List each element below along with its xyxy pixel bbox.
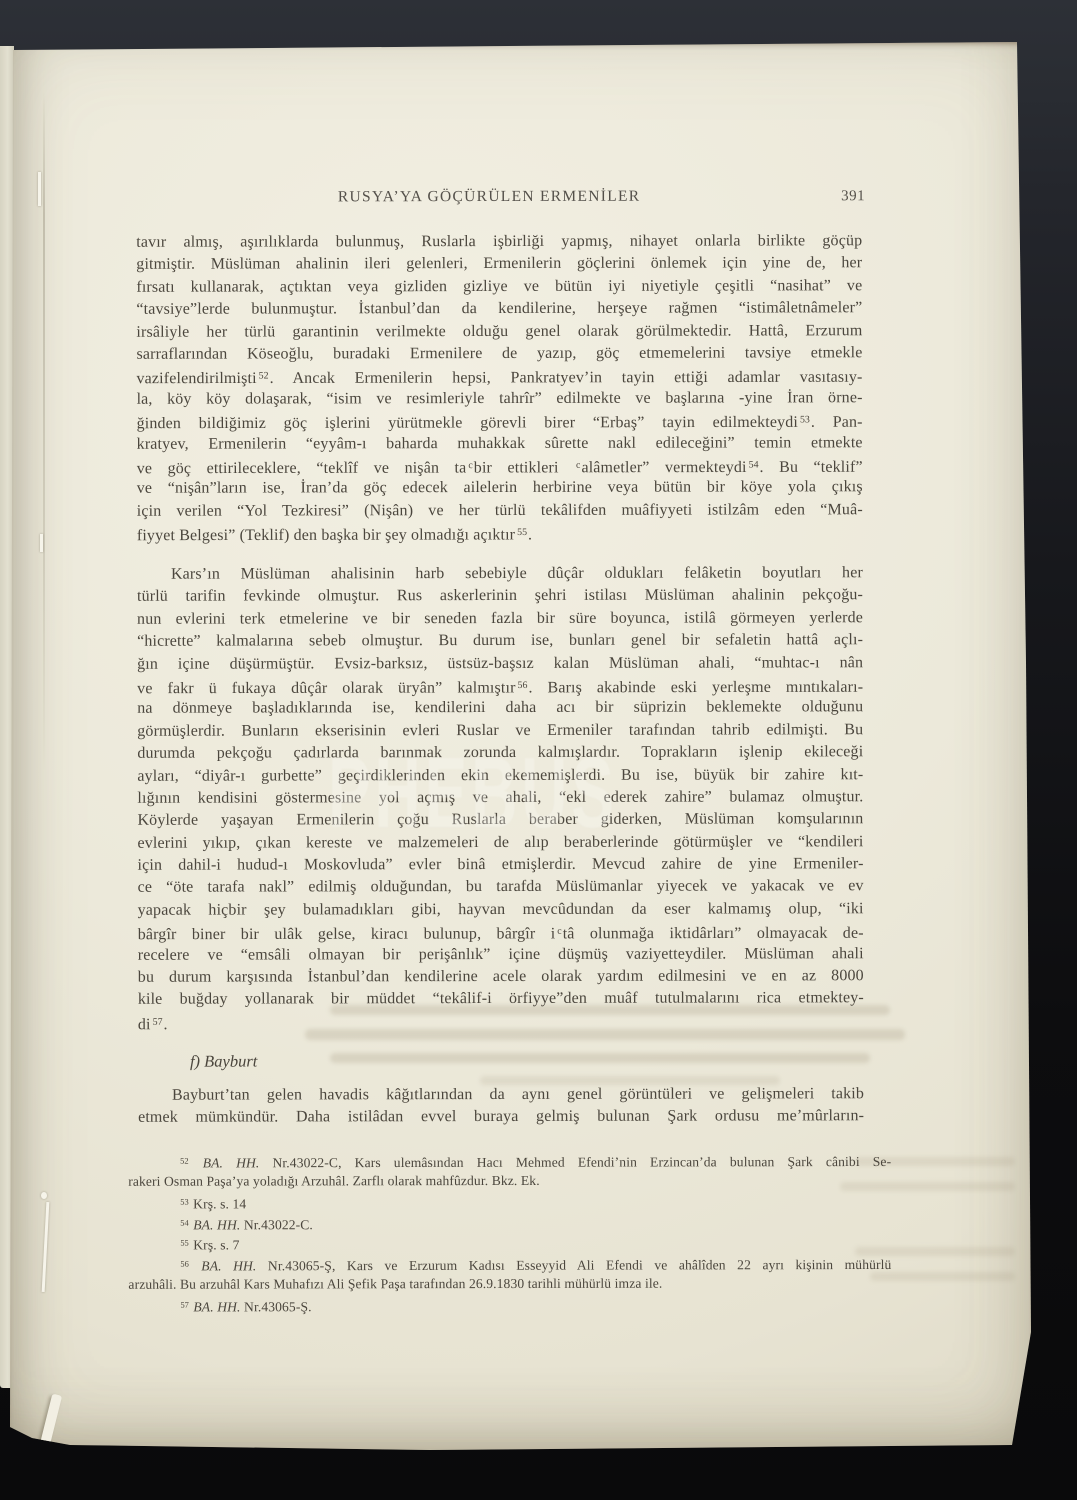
- page-corner-fold: [40, 1394, 62, 1447]
- text-line: Bayburt’tan gelen havadis kâğıtlarından …: [138, 1083, 864, 1107]
- text-line: irsâliyle her türlü garantinin verilmekt…: [136, 320, 862, 344]
- footnote-line: 57 BA. HH. Nr.43065-Ş.: [128, 1293, 891, 1315]
- binding-stitch: [42, 1202, 50, 1292]
- text-line: recelere ve “emsâli olmayan bir perişânl…: [138, 943, 864, 967]
- text-line: lığının kendisini göstermesine yol açmış…: [137, 786, 863, 810]
- text-line: bârgîr biner bir ulâk gelse, kiracı bulu…: [138, 920, 864, 944]
- binding-stitch: [41, 1192, 47, 1199]
- text-line: için dahil-i hudud-ı Moskovluda” evler b…: [138, 853, 864, 877]
- text-line: fırsatı kullanarak, açtıktan veya gizlid…: [136, 275, 862, 299]
- text-line: ve “nişân”ların ise, İran’da göç edecek …: [137, 477, 863, 501]
- footnote-ref: 57: [153, 1017, 163, 1028]
- text-line: etmek mümkündür. Daha istilâdan evvel bu…: [138, 1106, 864, 1130]
- text-line: yapacak hiçbir şey bulamadıkları gibi, h…: [138, 898, 864, 922]
- text-line: Kars’ın Müslüman ahalisinin harb sebebiy…: [137, 562, 863, 586]
- text-line: ayları, “diyâr-ı gurbette” geçirdiklerin…: [137, 764, 863, 788]
- footnote-ref: 54: [180, 1217, 188, 1227]
- footnote-line: rakeri Osman Paşa’ya yoladığı Arzuhâl. Z…: [128, 1170, 891, 1192]
- binding-stitch: [38, 172, 41, 206]
- text-line: evlerini yıkıp, çıkan kereste ve malzeme…: [137, 831, 863, 855]
- text-line: di57.: [138, 1010, 864, 1034]
- text-line: kile buğday yollanarak bir müddet “tekâl…: [138, 988, 864, 1012]
- text-line: sarraflarından Köseoğlu, buradaki Ermeni…: [136, 342, 862, 366]
- ink-showthrough: [870, 1272, 1015, 1281]
- footnote-line: 53 Krş. s. 14: [128, 1190, 891, 1212]
- footnote-line: 55 Krş. s. 7: [128, 1232, 891, 1254]
- footnote-line: arzuhâli. Bu arzuhâl Kars Muhafızı Ali Ş…: [128, 1273, 891, 1295]
- text-line: gitmiştir. Müslüman ahalinin ileri gelen…: [136, 253, 862, 277]
- text-line: ce “öte tarafa nakl” edilmiş olduğundan,…: [138, 876, 864, 900]
- text-line: ve göç ettirileceklere, “teklîf ve nişân…: [137, 454, 863, 478]
- footnote-line: 56 BA. HH. Nr.43065-Ş, Kars ve Erzurum K…: [128, 1252, 891, 1274]
- paragraph: Kars’ın Müslüman ahalisinin harb sebebiy…: [137, 562, 864, 1034]
- text-line: bu durum karşısında İstanbul’dan kendile…: [138, 965, 864, 989]
- text-line: fiyyet Belgesi” (Teklif) den başka bir ş…: [137, 521, 863, 545]
- footnote-line: 54 BA. HH. Nr.43022-C.: [128, 1211, 891, 1233]
- footnote-line: 52 BA. HH. Nr.43022-C, Kars ulemâsından …: [128, 1149, 891, 1171]
- text-line: için verilen “Yol Tezkiresi” (Nişân) ve …: [137, 499, 863, 523]
- page-content: RUSYA’YA GÖÇÜRÜLEN ERMENİLER 391 tavır a…: [136, 41, 865, 1451]
- running-header: RUSYA’YA GÖÇÜRÜLEN ERMENİLER 391: [136, 187, 862, 211]
- section-heading: f) Bayburt: [190, 1052, 257, 1072]
- book-page: RUSYA’YA GÖÇÜRÜLEN ERMENİLER 391 tavır a…: [10, 42, 1032, 1450]
- text-line: tavır almış, aşırılıklarda bulunmuş, Rus…: [136, 230, 862, 254]
- text-line: Köylerde yaşayan Ermenilerin çoğu Ruslar…: [137, 809, 863, 833]
- footnote-ref: 53: [180, 1197, 188, 1207]
- text-line: la, köy köy dolaşarak, “isim ve resimler…: [137, 387, 863, 411]
- footnote-ref: 54: [749, 459, 759, 470]
- footnote-ref: 56: [518, 680, 528, 691]
- text-line: türlü tarifin fevkinde olmuştur. Rus ask…: [137, 585, 863, 609]
- text-line: na dönmeye başladıklarında ise, kendiler…: [137, 697, 863, 721]
- scanned-book-photo: RUSYA’YA GÖÇÜRÜLEN ERMENİLER 391 tavır a…: [0, 0, 1077, 1500]
- footnote-ref: c: [557, 926, 561, 937]
- page-number: 391: [841, 188, 865, 205]
- binding-stitch: [40, 534, 43, 552]
- footnote-ref: 52: [180, 1156, 188, 1166]
- footnotes-block: 52 BA. HH. Nr.43022-C, Kars ulemâsından …: [128, 1149, 891, 1315]
- text-line: “tavsiye”lerde bulunmuştur. İstanbul’dan…: [136, 297, 862, 321]
- footnote-ref: 57: [180, 1300, 188, 1310]
- text-line: ğın içine düşürmüştür. Evsiz-barksız, üs…: [137, 652, 863, 676]
- text-line: “hicrette” kalmalarına sebeb olmuştur. B…: [137, 629, 863, 653]
- text-line: ğinden bildiğimiz göç işlerini yürütmekl…: [137, 409, 863, 433]
- footnote-ref: 53: [800, 414, 810, 425]
- footnote-ref: 55: [517, 527, 527, 538]
- footnote-ref: 55: [180, 1238, 188, 1248]
- footnote-ref: 56: [180, 1259, 188, 1269]
- paragraph: Bayburt’tan gelen havadis kâğıtlarından …: [138, 1083, 864, 1129]
- chapter-title: RUSYA’YA GÖÇÜRÜLEN ERMENİLER: [126, 187, 852, 207]
- text-line: kratyev, Ermenilerin “eyyâm-ı baharda mu…: [137, 432, 863, 456]
- footnote-ref: c: [576, 460, 580, 471]
- text-line: nun evlerini terk etmelerine ve bir sene…: [137, 607, 863, 631]
- footnote-ref: c: [468, 460, 472, 471]
- text-line: görmüşlerdir. Bunların ekserisinin evler…: [137, 719, 863, 743]
- text-line: durumda pekçoğu çadırlarda barınmak zoru…: [137, 741, 863, 765]
- text-line: ve fakr ü fukaya dûçâr olarak üryân” kal…: [137, 674, 863, 698]
- text-line: vazifelendirilmişti52. Ancak Ermenilerin…: [136, 365, 862, 389]
- footnote-ref: 52: [259, 371, 269, 382]
- binding-crease: [43, 92, 45, 772]
- paragraph: tavır almış, aşırılıklarda bulunmuş, Rus…: [136, 230, 863, 545]
